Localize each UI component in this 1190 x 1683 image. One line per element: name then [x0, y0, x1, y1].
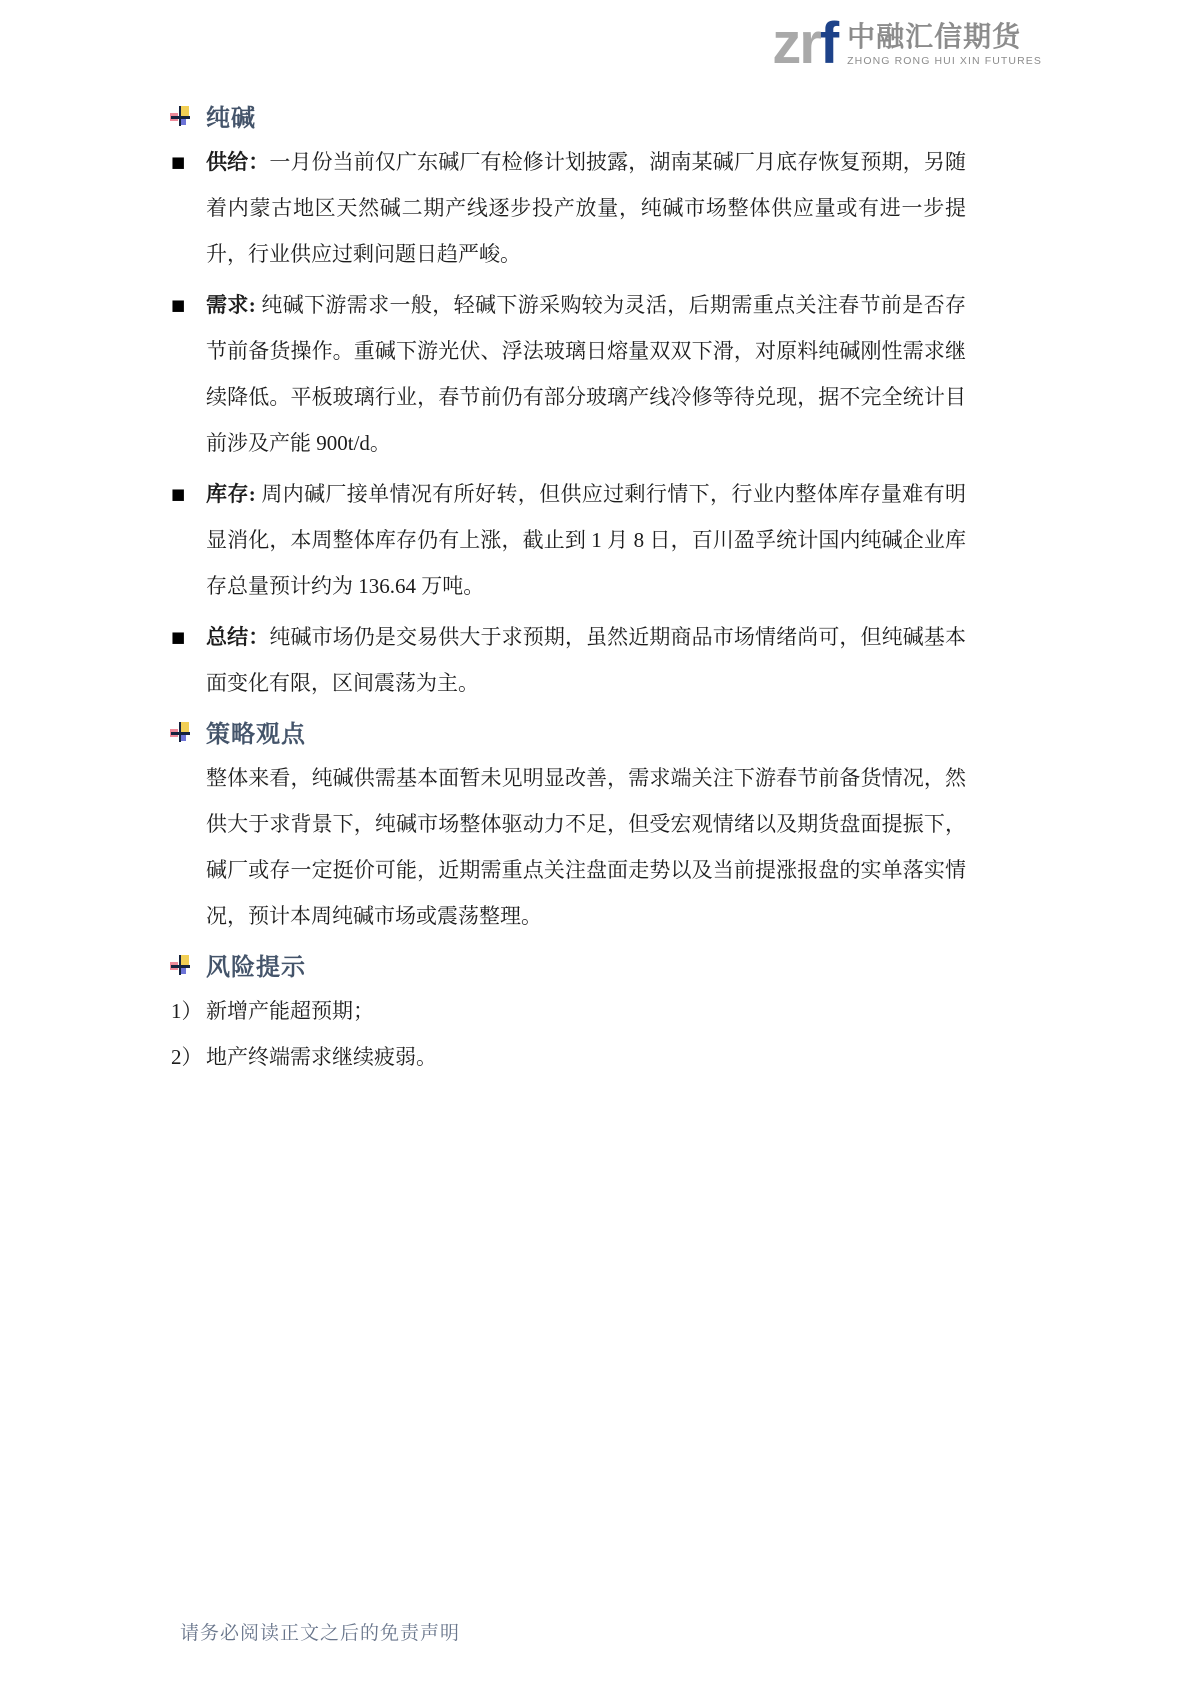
section-heading-soda-ash: 纯碱 [170, 98, 966, 133]
bullet-supply: ■供给：一月份当前仅广东碱厂有检修计划披露，湖南某碱厂月底存恢复预期，另随着内蒙… [170, 139, 966, 277]
company-logo: zrf 中融汇信期货 ZHONG RONG HUI XIN FUTURES [772, 20, 1042, 68]
bullet-inventory: ■库存: 周内碱厂接单情况有所好转，但供应过剩行情下，行业内整体库存量难有明显消… [170, 471, 966, 609]
report-page: zrf 中融汇信期货 ZHONG RONG HUI XIN FUTURES 纯碱… [0, 0, 1190, 1683]
section-heading-risks: 风险提示 [170, 947, 966, 982]
logo-letter-blue: f [820, 11, 837, 76]
bullet-summary: ■总结：纯碱市场仍是交易供大于求预期，虽然近期商品市场情绪尚可，但纯碱基本面变化… [170, 614, 966, 706]
bullet-label: 总结： [206, 625, 269, 649]
section-title: 策略观点 [206, 714, 306, 749]
strategy-paragraph: 整体来看，纯碱供需基本面暂未见明显改善，需求端关注下游春节前备货情况，然供大于求… [170, 755, 966, 939]
risk-item-1: 1）新增产能超预期； [170, 988, 966, 1034]
risk-text: 新增产能超预期； [206, 999, 374, 1023]
logo-text-block: 中融汇信期货 ZHONG RONG HUI XIN FUTURES [847, 22, 1042, 67]
bullet-text: 纯碱市场仍是交易供大于求预期，虽然近期商品市场情绪尚可，但纯碱基本面变化有限，区… [206, 625, 966, 695]
logo-letters-gray: zr [772, 11, 820, 76]
risk-number: 2） [171, 1034, 203, 1080]
bullet-label: 库存: [206, 482, 261, 506]
bullet-demand: ■需求: 纯碱下游需求一般，轻碱下游采购较为灵活，后期需重点关注春节前是否存节前… [170, 282, 966, 466]
section-heading-strategy: 策略观点 [170, 714, 966, 749]
risk-text: 地产终端需求继续疲弱。 [206, 1045, 437, 1069]
square-bullet-icon: ■ [171, 471, 185, 517]
square-bullet-icon: ■ [171, 614, 185, 660]
square-bullet-icon: ■ [171, 282, 185, 328]
bullet-label: 需求: [206, 293, 261, 317]
section-title: 风险提示 [206, 947, 306, 982]
section-marker-icon [170, 106, 190, 126]
square-bullet-icon: ■ [171, 139, 185, 185]
report-body: 纯碱 ■供给：一月份当前仅广东碱厂有检修计划披露，湖南某碱厂月底存恢复预期，另随… [170, 90, 966, 1080]
bullet-text: 周内碱厂接单情况有所好转，但供应过剩行情下，行业内整体库存量难有明显消化，本周整… [206, 482, 966, 598]
risk-number: 1） [171, 988, 203, 1034]
logo-zrf-mark: zrf [772, 20, 837, 68]
disclaimer-footer: 请务必阅读正文之后的免责声明 [180, 1618, 460, 1645]
bullet-text: 一月份当前仅广东碱厂有检修计划披露，湖南某碱厂月底存恢复预期，另随着内蒙古地区天… [206, 150, 966, 266]
bullet-label: 供给： [206, 150, 269, 174]
bullet-text: 纯碱下游需求一般，轻碱下游采购较为灵活，后期需重点关注春节前是否存节前备货操作。… [206, 293, 966, 455]
section-title: 纯碱 [206, 98, 256, 133]
company-name-cn: 中融汇信期货 [847, 22, 1042, 51]
section-marker-icon [170, 955, 190, 975]
company-name-en: ZHONG RONG HUI XIN FUTURES [847, 55, 1042, 67]
risk-item-2: 2）地产终端需求继续疲弱。 [170, 1034, 966, 1080]
section-marker-icon [170, 722, 190, 742]
